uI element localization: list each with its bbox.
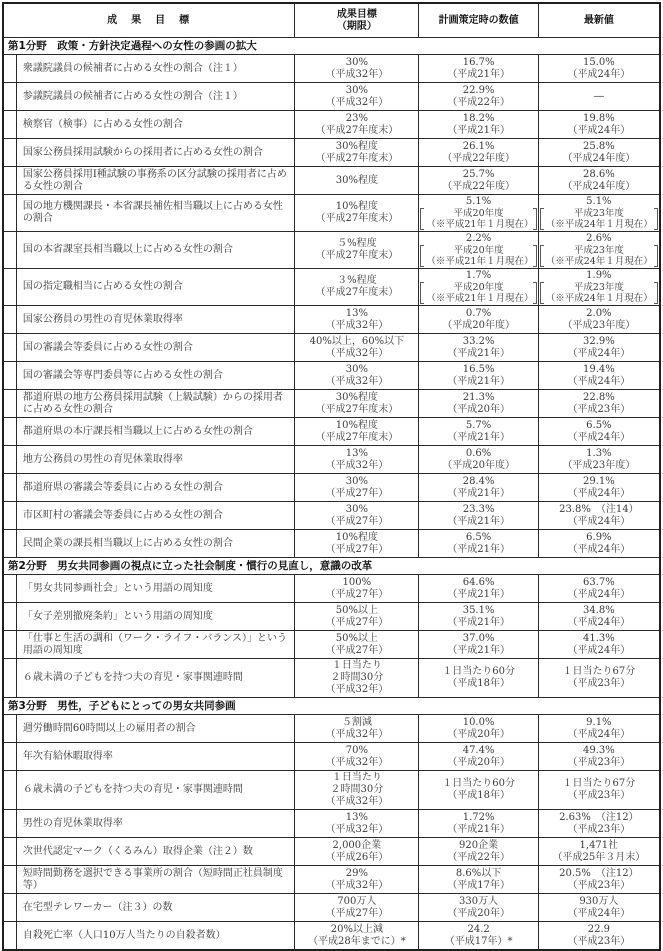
value-line: 2.63% （注12）: [559, 812, 639, 824]
right-bracket-mark: [533, 282, 537, 304]
value-line: （平成23年）: [567, 880, 630, 892]
item-cell: 衆議院議員の候補者に占める女性の割合（注１）: [17, 55, 295, 82]
item-cell: 在宅型テレワーカー（注３）の数: [17, 894, 295, 921]
plan-value-cell: 10.0%（平成20年）: [419, 715, 538, 742]
bracket-note-line: 平成23年度: [546, 245, 652, 256]
target-cell: 10%程度（平成27年度末）: [295, 418, 419, 445]
value-line: 22.8%: [583, 392, 615, 404]
value-line: （平成23年）: [567, 936, 630, 948]
value-line: （平成23年）: [567, 790, 630, 802]
value-line: （平成32年）: [325, 684, 388, 696]
value-line: （平成24年度）: [562, 153, 635, 165]
latest-value-cell: 41.3%（平成24年）: [539, 631, 659, 658]
header-row: 成 果 目 標 成果目標 （期限） 計画策定時の数値 最新値: [4, 4, 659, 38]
value-line: 2.0%: [586, 308, 611, 320]
value-line: 5.1%: [466, 196, 491, 208]
value-line: （平成32年）: [325, 729, 388, 741]
header-latest: 最新値: [539, 4, 659, 37]
bracket-note-line: 平成20年度: [426, 245, 530, 256]
row-gutter: [4, 111, 17, 138]
item-cell: 次世代認定マーク（くるみん）取得企業（注２）数: [17, 838, 295, 865]
row-gutter: [4, 530, 17, 557]
section-title: 第1分野 政策・方針決定過程への女性の参画の拡大: [4, 38, 659, 54]
value-line: （平成27年度末）: [315, 432, 398, 444]
value-line: 6.5%: [466, 532, 491, 544]
value-line: １日当たり67分: [562, 666, 635, 678]
value-line: 41.3%: [583, 633, 615, 645]
value-line: 34.8%: [583, 605, 615, 617]
bracketed-note: 平成20年度（※平成21年１月現在）: [420, 245, 536, 267]
value-line: 2.6%: [586, 233, 611, 245]
target-cell: 50%以上（平成27年）: [295, 631, 419, 658]
value-line: 25.7%: [463, 169, 495, 181]
value-line: （平成27年度末）: [315, 287, 398, 299]
value-line: （平成24年）: [567, 488, 630, 500]
value-line: 29.1%: [583, 476, 615, 488]
value-line: （平成20年）: [447, 908, 510, 920]
plan-value-cell: 33.2%（平成21年）: [419, 334, 538, 361]
value-line: （平成27年）: [325, 516, 388, 528]
plan-value-cell: 37.0%（平成21年）: [419, 631, 538, 658]
plan-value-cell: １日当たり60分（平成18年）: [419, 659, 538, 697]
bracketed-note: 平成23年度（※平成24年１月現在）: [540, 208, 658, 230]
value-line: 22.9%: [463, 85, 495, 97]
table-row: 週労働時間60時間以上の雇用者の割合５割減（平成32年）10.0%（平成20年）…: [4, 715, 659, 743]
item-cell: 市区町村の審議会等委員に占める女性の割合: [17, 502, 295, 529]
value-line: 70%: [346, 745, 368, 757]
value-line: 1.7%: [466, 270, 491, 282]
table-row: 地方公務員の男性の育児休業取得率13%（平成32年）0.6%（平成20年度）1.…: [4, 446, 659, 474]
bracket-note-lines: 平成23年度（※平成24年１月現在）: [545, 282, 653, 304]
target-cell: ５%程度（平成27年度末）: [295, 232, 419, 268]
item-cell: 国の審議会等専門委員等に占める女性の割合: [17, 362, 295, 389]
table-row: 次世代認定マーク（くるみん）取得企業（注２）数2,000企業（平成26年）920…: [4, 838, 659, 866]
section-title: 第3分野 男性，子どもにとっての男女共同参画: [4, 698, 659, 714]
value-line: 15.0%: [583, 57, 615, 69]
table-row: 都道府県の審議会等委員に占める女性の割合30%（平成27年）28.4%（平成21…: [4, 474, 659, 502]
value-line: 930万人: [579, 896, 618, 908]
value-line: （平成22年）: [447, 97, 510, 109]
value-line: 35.1%: [463, 605, 495, 617]
value-line: （平成17年）: [447, 880, 510, 892]
value-line: （平成32年）: [325, 824, 388, 836]
value-line: 16.7%: [463, 57, 495, 69]
bracket-note-lines: 平成20年度（※平成21年１月現在）: [425, 282, 531, 304]
target-cell: ５割減（平成32年）: [295, 715, 419, 742]
value-line: 30%程度: [336, 392, 378, 404]
value-line: （平成24年）: [567, 645, 630, 657]
value-line: （平成24年）: [567, 908, 630, 920]
right-bracket-mark: [533, 245, 537, 267]
value-line: 26.1%: [463, 141, 495, 153]
plan-value-cell: 28.4%（平成21年）: [419, 474, 538, 501]
latest-value-cell: 1.9%平成23年度（※平成24年１月現在）: [539, 269, 659, 305]
value-line: （平成23年度）: [562, 460, 635, 472]
target-cell: 10%程度（平成27年）: [295, 530, 419, 557]
left-bracket-mark: [420, 245, 424, 267]
value-line: 50%以上: [336, 605, 378, 617]
bracket-note-lines: 平成23年度（※平成24年１月現在）: [545, 208, 653, 230]
table-row: 参議院議員の候補者に占める女性の割合（注１）30%（平成32年）22.9%（平成…: [4, 83, 659, 111]
target-cell: ３%程度（平成27年度末）: [295, 269, 419, 305]
bracket-note-lines: 平成20年度（※平成21年１月現在）: [425, 208, 531, 230]
value-line: （平成23年）: [567, 824, 630, 836]
row-gutter: [4, 167, 17, 194]
value-line: 30%: [346, 364, 368, 376]
value-line: （平成24年）: [567, 432, 630, 444]
value-line: ５%程度: [337, 238, 377, 250]
plan-value-cell: 23.3%（平成21年）: [419, 502, 538, 529]
value-line: （平成32年）: [325, 320, 388, 332]
left-bracket-mark: [420, 282, 424, 304]
plan-value-cell: 5.1%平成20年度（※平成21年１月現在）: [419, 195, 538, 231]
plan-value-cell: 5.7%（平成21年）: [419, 418, 538, 445]
plan-value-cell: 21.3%（平成20年）: [419, 390, 538, 417]
plan-value-cell: 24.2（平成17年）*: [419, 922, 538, 949]
plan-value-cell: 18.2%（平成21年）: [419, 111, 538, 138]
value-line: 13%: [346, 812, 368, 824]
section-header-row: 第2分野 男女共同参画の視点に立った社会制度・慣行の見直し，意識の改革: [4, 558, 659, 575]
value-line: 33.2%: [463, 336, 495, 348]
table-row: 自殺死亡率（人口10万人当たりの自殺者数）20%以上減（平成28年までに）*24…: [4, 922, 659, 949]
row-gutter: [4, 894, 17, 921]
value-line: （平成27年）: [325, 617, 388, 629]
value-line: （平成24年）: [567, 348, 630, 360]
section-title: 第2分野 男女共同参画の視点に立った社会制度・慣行の見直し，意識の改革: [4, 558, 659, 574]
target-cell: 13%（平成32年）: [295, 446, 419, 473]
value-line: （平成32年）: [325, 757, 388, 769]
value-line: 0.7%: [466, 308, 491, 320]
value-line: 100%: [343, 577, 372, 589]
value-line: 6.5%: [586, 420, 611, 432]
value-line: （平成27年度末）: [315, 213, 398, 225]
row-gutter: [4, 55, 17, 82]
table-row: 国の指定職相当に占める女性の割合３%程度（平成27年度末）1.7%平成20年度（…: [4, 269, 659, 306]
plan-value-cell: 22.9%（平成22年）: [419, 83, 538, 110]
value-line: （平成21年）: [447, 488, 510, 500]
right-bracket-mark: [654, 208, 658, 230]
value-line: （平成24年）: [567, 729, 630, 741]
latest-value-cell: 6.9%（平成24年）: [539, 530, 659, 557]
value-line: １日当たり67分: [562, 778, 635, 790]
latest-value-cell: 32.9%（平成24年）: [539, 334, 659, 361]
table-row: 市区町村の審議会等委員に占める女性の割合30%（平成27年）23.3%（平成21…: [4, 502, 659, 530]
target-cell: 10%程度（平成27年度末）: [295, 195, 419, 231]
section-header-row: 第1分野 政策・方針決定過程への女性の参画の拡大: [4, 38, 659, 55]
latest-value-cell: 1.3%（平成23年度）: [539, 446, 659, 473]
left-bracket-mark: [420, 208, 424, 230]
value-line: 5.7%: [466, 420, 491, 432]
table-row: 都道府県の本庁課長相当職以上に占める女性の割合10%程度（平成27年度末）5.7…: [4, 418, 659, 446]
value-line: （平成21年）: [447, 69, 510, 81]
value-line: （平成21年）: [447, 617, 510, 629]
item-cell: 民間企業の課長相当職以上に占める女性の割合: [17, 530, 295, 557]
row-gutter: [4, 362, 17, 389]
value-line: 19.8%: [583, 113, 615, 125]
value-line: 19.4%: [583, 364, 615, 376]
target-cell: １日当たり２時間30分（平成32年）: [295, 771, 419, 809]
item-cell: 週労働時間60時間以上の雇用者の割合: [17, 715, 295, 742]
table-row: 国家公務員の男性の育児休業取得率13%（平成32年）0.7%（平成20年度）2.…: [4, 306, 659, 334]
value-line: 47.4%: [463, 745, 495, 757]
value-line: （平成32年）: [325, 348, 388, 360]
value-line: 30%程度: [336, 175, 378, 187]
header-target: 成果目標 （期限）: [295, 4, 419, 37]
value-line: （平成24年）: [567, 516, 630, 528]
value-line: 30%: [346, 85, 368, 97]
latest-value-cell: ―: [539, 83, 659, 110]
value-line: （平成21年）: [447, 348, 510, 360]
bracket-note-line: （※平成21年１月現在）: [426, 256, 530, 267]
target-cell: 13%（平成32年）: [295, 810, 419, 837]
plan-value-cell: 0.6%（平成20年度）: [419, 446, 538, 473]
table-row: 衆議院議員の候補者に占める女性の割合（注１）30%（平成32年）16.7%（平成…: [4, 55, 659, 83]
value-line: （平成24年）: [567, 376, 630, 388]
bracket-note-line: （※平成24年１月現在）: [546, 256, 652, 267]
value-line: （平成27年度末）: [315, 250, 398, 262]
value-line: 8.6%以下: [456, 868, 501, 880]
value-line: （平成18年）: [447, 790, 510, 802]
latest-value-cell: 34.8%（平成24年）: [539, 603, 659, 630]
table-row: 「仕事と生活の調和（ワーク・ライフ・バランス）」という用語の周知度50%以上（平…: [4, 631, 659, 659]
target-cell: 700万人（平成27年）: [295, 894, 419, 921]
row-gutter: [4, 631, 17, 658]
value-line: （平成26年）: [325, 852, 388, 864]
target-cell: 30%（平成27年）: [295, 474, 419, 501]
target-cell: 29%（平成32年）: [295, 866, 419, 893]
item-cell: 地方公務員の男性の育児休業取得率: [17, 446, 295, 473]
target-cell: 30%程度: [295, 167, 419, 194]
value-line: （平成32年）: [325, 460, 388, 472]
value-line: 23%: [346, 113, 368, 125]
target-cell: 30%（平成32年）: [295, 83, 419, 110]
value-line: 28.4%: [463, 476, 495, 488]
value-line: （平成20年度）: [442, 460, 515, 472]
plan-value-cell: 6.5%（平成21年）: [419, 530, 538, 557]
plan-value-cell: 0.7%（平成20年度）: [419, 306, 538, 333]
bracket-note-line: 平成23年度: [546, 282, 652, 293]
plan-value-cell: 16.5%（平成21年）: [419, 362, 538, 389]
value-line: 13%: [346, 308, 368, 320]
value-line: （平成20年）: [447, 729, 510, 741]
bracketed-note: 平成20年度（※平成21年１月現在）: [420, 282, 536, 304]
target-cell: 30%（平成32年）: [295, 55, 419, 82]
value-line: 20.5% （注12）: [559, 868, 639, 880]
bracketed-note: 平成23年度（※平成24年１月現在）: [540, 245, 658, 267]
value-line: （平成32年）: [325, 69, 388, 81]
value-line: （平成27年）: [325, 589, 388, 601]
value-line: 23.8% （注14）: [559, 504, 639, 516]
table-row: 「男女共同参画社会」という用語の周知度100%（平成27年）64.6%（平成21…: [4, 575, 659, 603]
latest-value-cell: 25.8%（平成24年度）: [539, 139, 659, 166]
target-cell: 30%程度（平成27年度末）: [295, 390, 419, 417]
item-cell: ６歳未満の子どもを持つ夫の育児・家事関連時間: [17, 771, 295, 809]
latest-value-cell: 63.7%（平成24年）: [539, 575, 659, 602]
item-cell: 都道府県の地方公務員採用試験（上級試験）からの採用者に占める女性の割合: [17, 390, 295, 417]
value-line: 28.6%: [583, 169, 615, 181]
item-cell: 国の審議会等委員に占める女性の割合: [17, 334, 295, 361]
value-line: 22.9: [588, 924, 610, 936]
row-gutter: [4, 603, 17, 630]
row-gutter: [4, 418, 17, 445]
value-line: （平成23年）: [567, 757, 630, 769]
value-line: （平成22年度）: [442, 181, 515, 193]
value-line: （平成21年）: [447, 125, 510, 137]
latest-value-cell: 5.1%平成23年度（※平成24年１月現在）: [539, 195, 659, 231]
row-gutter: [4, 575, 17, 602]
value-line: 20%以上減: [331, 924, 383, 936]
results-table: 成 果 目 標 成果目標 （期限） 計画策定時の数値 最新値 第1分野 政策・方…: [2, 2, 661, 951]
latest-value-cell: 2.0%（平成23年度）: [539, 306, 659, 333]
value-line: （平成20年度）: [442, 320, 515, 332]
target-cell: 40%以上，60%以下（平成32年）: [295, 334, 419, 361]
plan-value-cell: 1.72%（平成21年）: [419, 810, 538, 837]
bracket-note-line: （※平成21年１月現在）: [426, 293, 530, 304]
latest-value-cell: 49.3%（平成23年）: [539, 743, 659, 770]
value-line: ―: [594, 91, 604, 103]
value-line: 24.2: [467, 924, 489, 936]
value-line: 30%: [346, 57, 368, 69]
value-line: ５割減: [342, 717, 372, 729]
bracket-note-line: 平成20年度: [426, 282, 530, 293]
value-line: 330万人: [459, 896, 498, 908]
value-line: （平成24年）: [567, 617, 630, 629]
value-line: （平成23年）: [567, 678, 630, 690]
table-row: 民間企業の課長相当職以上に占める女性の割合10%程度（平成27年）6.5%（平成…: [4, 530, 659, 558]
value-line: （平成27年度末）: [315, 404, 398, 416]
row-gutter: [4, 232, 17, 268]
target-cell: 30%（平成32年）: [295, 362, 419, 389]
bracket-note-line: 平成20年度: [426, 208, 530, 219]
bracket-note-line: （※平成21年１月現在）: [426, 219, 530, 230]
plan-value-cell: 1.7%平成20年度（※平成21年１月現在）: [419, 269, 538, 305]
item-cell: 参議院議員の候補者に占める女性の割合（注１）: [17, 83, 295, 110]
value-line: １日当たり: [332, 660, 382, 672]
value-line: （平成27年）: [325, 645, 388, 657]
value-line: 0.6%: [466, 448, 491, 460]
value-line: （平成21年）: [447, 432, 510, 444]
row-gutter: [4, 306, 17, 333]
value-line: 13%: [346, 448, 368, 460]
value-line: （平成32年）: [325, 376, 388, 388]
value-line: 1.9%: [586, 270, 611, 282]
row-gutter: [4, 83, 17, 110]
value-line: 30%: [346, 504, 368, 516]
left-bracket-mark: [540, 282, 544, 304]
latest-value-cell: 19.8%（平成24年）: [539, 111, 659, 138]
value-line: 6.9%: [586, 532, 611, 544]
header-target-line1: 成果目標: [337, 9, 377, 21]
table-row: 国の審議会等委員に占める女性の割合40%以上，60%以下（平成32年）33.2%…: [4, 334, 659, 362]
value-line: （平成23年）: [567, 404, 630, 416]
table-row: 在宅型テレワーカー（注３）の数700万人（平成27年）330万人（平成20年）9…: [4, 894, 659, 922]
value-line: 32.9%: [583, 336, 615, 348]
value-line: （平成27年度末）: [315, 153, 398, 165]
value-line: （平成32年）: [325, 97, 388, 109]
value-line: ３%程度: [337, 275, 377, 287]
table-row: 「女子差別撤廃条約」という用語の周知度50%以上（平成27年）35.1%（平成2…: [4, 603, 659, 631]
left-bracket-mark: [540, 245, 544, 267]
value-line: 21.3%: [463, 392, 495, 404]
value-line: （平成18年）: [447, 678, 510, 690]
plan-value-cell: 8.6%以下（平成17年）: [419, 866, 538, 893]
latest-value-cell: 9.1%（平成24年）: [539, 715, 659, 742]
item-cell: 国家公務員の男性の育児休業取得率: [17, 306, 295, 333]
value-line: 1.72%: [463, 812, 495, 824]
row-gutter: [4, 771, 17, 809]
value-line: （平成21年）: [447, 589, 510, 601]
item-cell: 国家公務員採用Ⅰ種試験の事務系の区分試験の採用者に占める女性の割合: [17, 167, 295, 194]
latest-value-cell: 15.0%（平成24年）: [539, 55, 659, 82]
item-cell: 都道府県の審議会等委員に占める女性の割合: [17, 474, 295, 501]
latest-value-cell: 28.6%（平成24年度）: [539, 167, 659, 194]
item-cell: 国の地方機関課長・本省課長補佐相当職以上に占める女性の割合: [17, 195, 295, 231]
value-line: （平成24年）: [567, 69, 630, 81]
item-cell: 国の指定職相当に占める女性の割合: [17, 269, 295, 305]
target-cell: 30%（平成27年）: [295, 502, 419, 529]
bracket-note-line: 平成23年度: [546, 208, 652, 219]
value-line: （平成27年度末）: [315, 125, 398, 137]
item-cell: 「仕事と生活の調和（ワーク・ライフ・バランス）」という用語の周知度: [17, 631, 295, 658]
value-line: 25.8%: [583, 141, 615, 153]
plan-value-cell: 2.2%平成20年度（※平成21年１月現在）: [419, 232, 538, 268]
value-line: 16.5%: [463, 364, 495, 376]
value-line: 37.0%: [463, 633, 495, 645]
target-cell: １日当たり２時間30分（平成32年）: [295, 659, 419, 697]
row-gutter: [4, 922, 17, 949]
value-line: （平成28年までに）*: [308, 936, 406, 948]
value-line: （平成21年）: [447, 544, 510, 556]
value-line: 2.2%: [466, 233, 491, 245]
table-row: 検察官（検事）に占める女性の割合23%（平成27年度末）18.2%（平成21年）…: [4, 111, 659, 139]
item-cell: 検察官（検事）に占める女性の割合: [17, 111, 295, 138]
bracketed-note: 平成20年度（※平成21年１月現在）: [420, 208, 536, 230]
section-header-row: 第3分野 男性，子どもにとっての男女共同参画: [4, 698, 659, 715]
value-line: 50%以上: [336, 633, 378, 645]
value-line: 1.3%: [586, 448, 611, 460]
plan-value-cell: 35.1%（平成21年）: [419, 603, 538, 630]
value-line: （平成20年）: [447, 757, 510, 769]
latest-value-cell: １日当たり67分（平成23年）: [539, 659, 659, 697]
value-line: （平成22年）: [447, 852, 510, 864]
row-gutter: [4, 838, 17, 865]
value-line: （平成22年度）: [442, 153, 515, 165]
table-row: 年次有給休暇取得率70%（平成32年）47.4%（平成20年）49.3%（平成2…: [4, 743, 659, 771]
latest-value-cell: 930万人（平成24年）: [539, 894, 659, 921]
value-line: （平成32年）: [325, 796, 388, 808]
target-cell: 2,000企業（平成26年）: [295, 838, 419, 865]
item-cell: 「男女共同参画社会」という用語の周知度: [17, 575, 295, 602]
row-gutter: [4, 502, 17, 529]
table-row: 男性の育児休業取得率13%（平成32年）1.72%（平成21年）2.63% （注…: [4, 810, 659, 838]
header-target-line2: （期限）: [337, 21, 377, 33]
bracketed-note: 平成23年度（※平成24年１月現在）: [540, 282, 658, 304]
right-bracket-mark: [533, 208, 537, 230]
target-cell: 20%以上減（平成28年までに）*: [295, 922, 419, 949]
item-cell: 都道府県の本庁課長相当職以上に占める女性の割合: [17, 418, 295, 445]
value-line: 700万人: [337, 896, 376, 908]
latest-value-cell: １日当たり67分（平成23年）: [539, 771, 659, 809]
value-line: 49.3%: [583, 745, 615, 757]
plan-value-cell: 64.6%（平成21年）: [419, 575, 538, 602]
row-gutter: [4, 269, 17, 305]
value-line: （平成17年）*: [445, 936, 513, 948]
table-row: ６歳未満の子どもを持つ夫の育児・家事関連時間１日当たり２時間30分（平成32年）…: [4, 771, 659, 810]
document-page: 成 果 目 標 成果目標 （期限） 計画策定時の数値 最新値 第1分野 政策・方…: [0, 0, 663, 932]
value-line: 64.6%: [463, 577, 495, 589]
value-line: 1,471社: [580, 840, 619, 852]
latest-value-cell: 20.5% （注12）（平成23年）: [539, 866, 659, 893]
